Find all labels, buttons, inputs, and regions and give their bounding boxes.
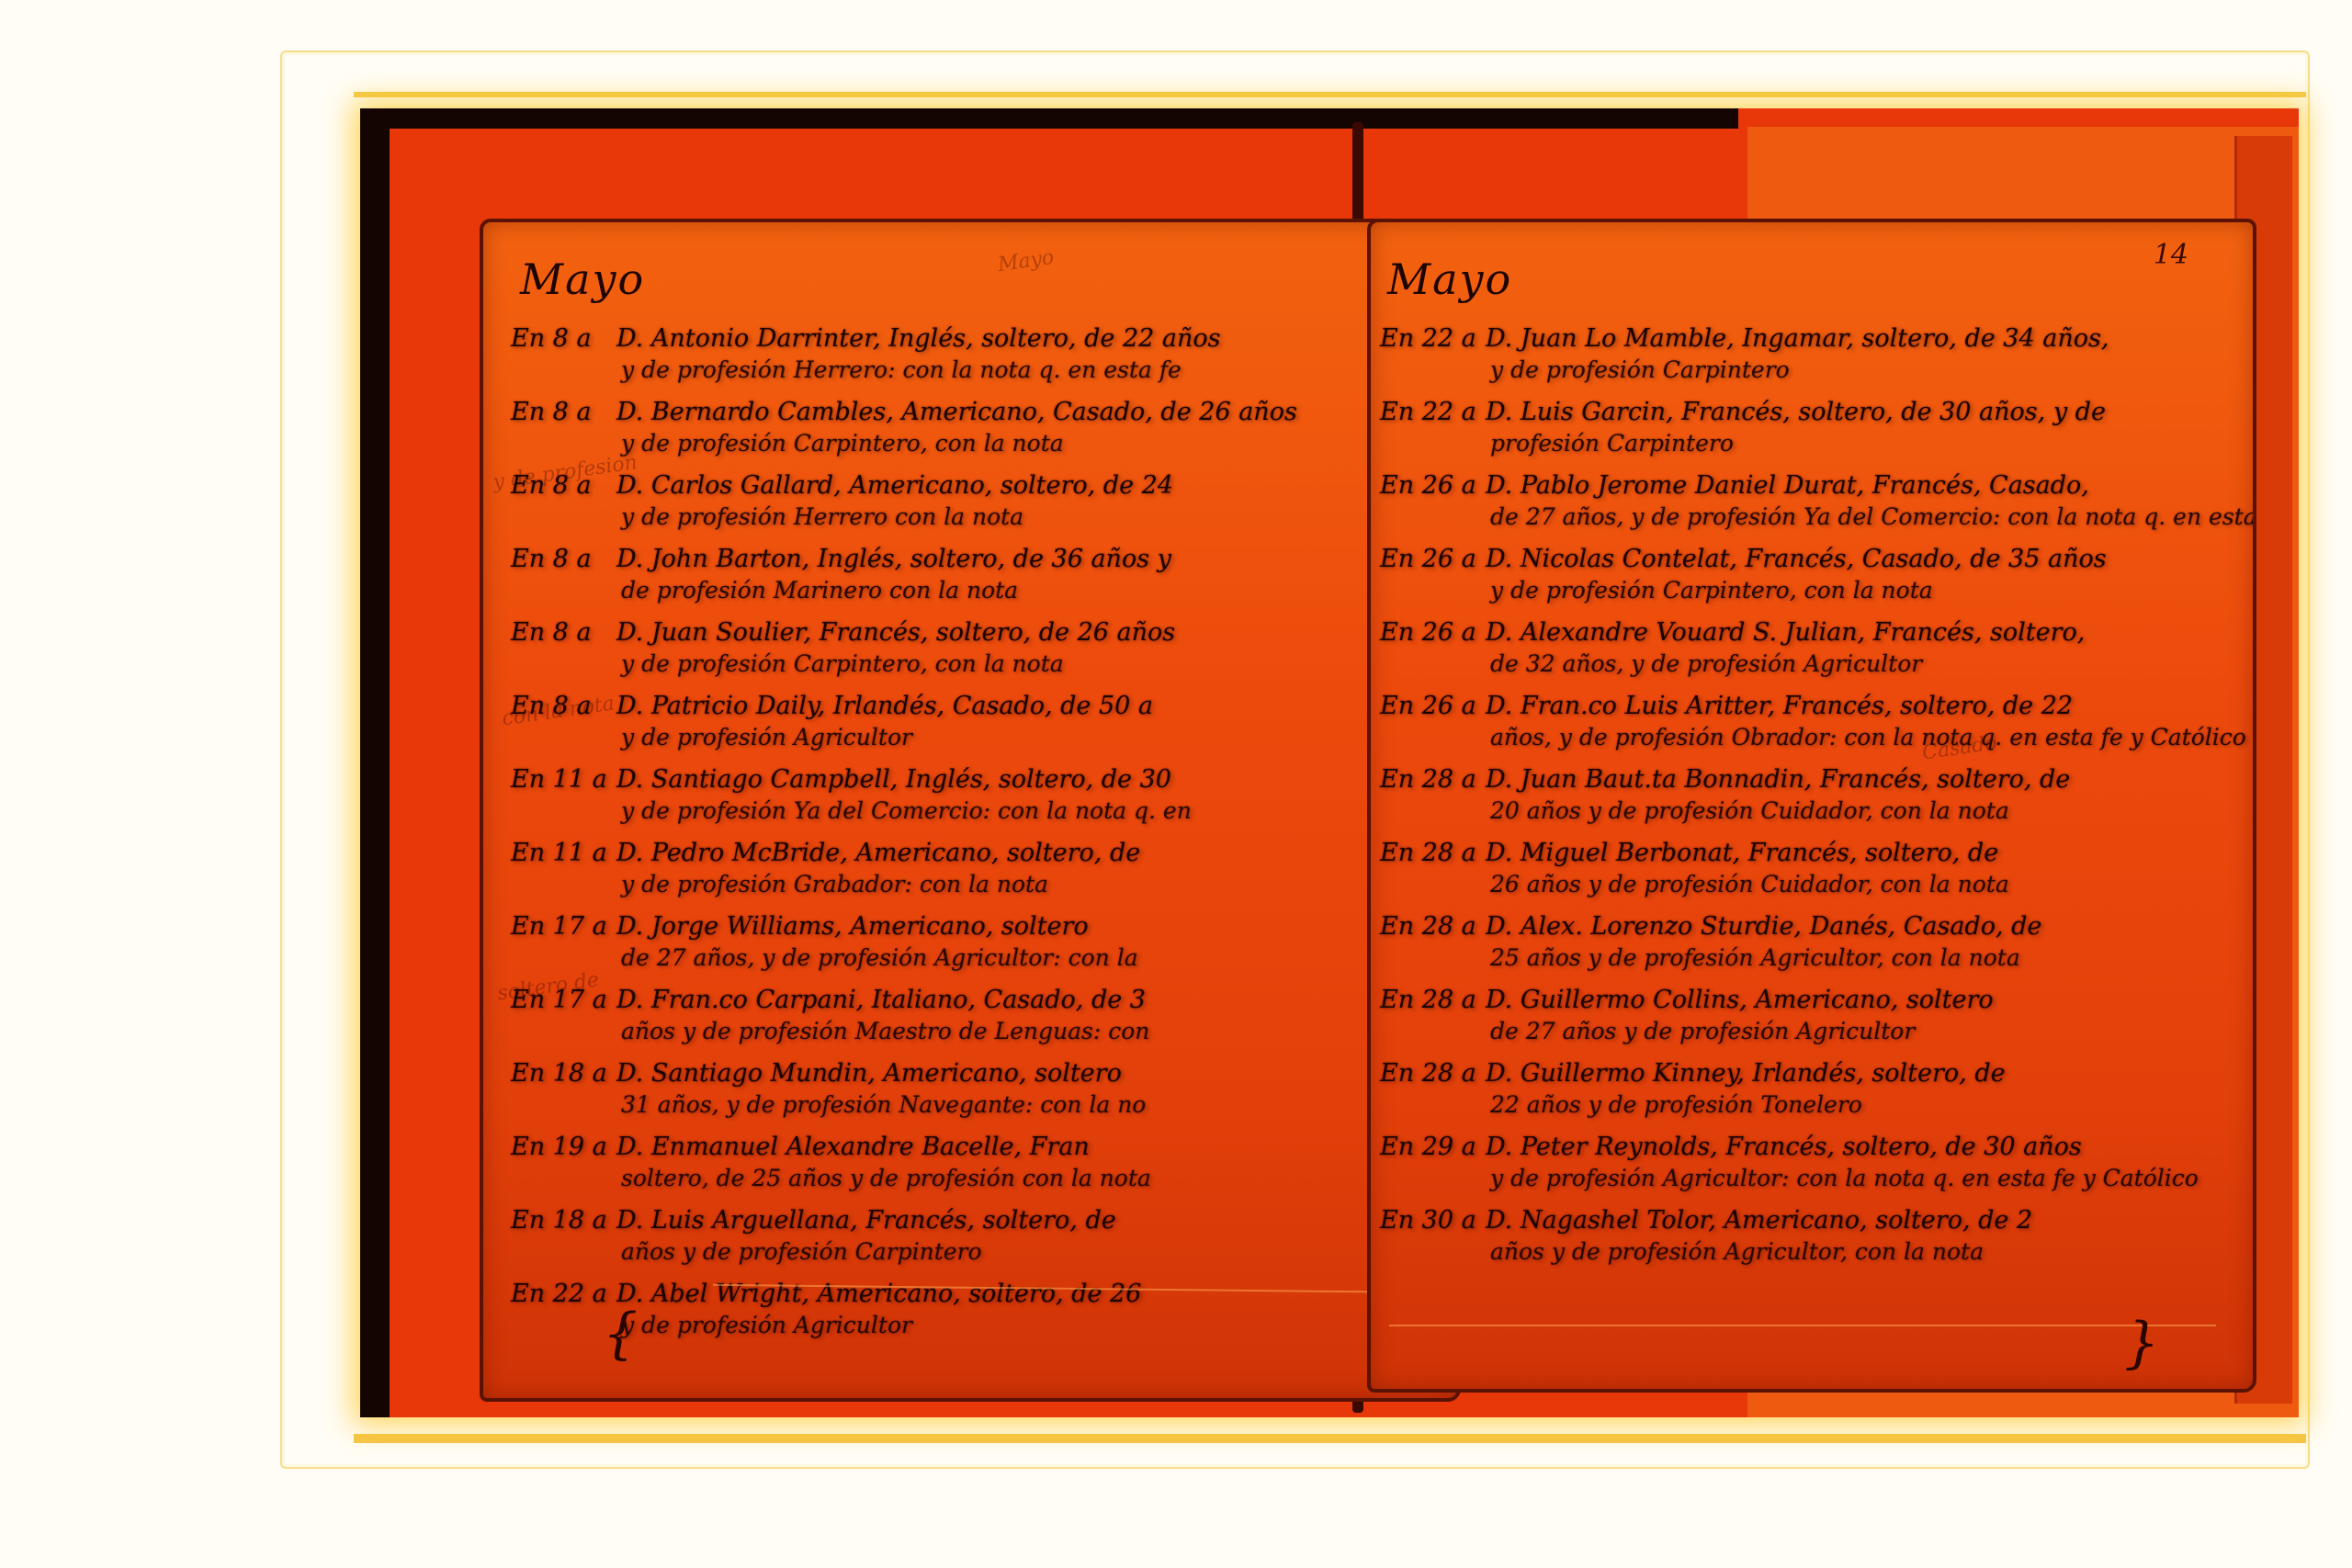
- register-entry: En 18 aD. Luis Arguellana, Francés, solt…: [511, 1205, 1439, 1268]
- register-entry: En 17 aD. Jorge Williams, Americano, sol…: [511, 911, 1439, 974]
- register-entry: En 28 aD. Guillermo Collins, Americano, …: [1380, 985, 2234, 1047]
- margin-bracket-mark: {: [603, 1302, 638, 1366]
- register-entry: En 30 aD. Nagashel Tolor, Americano, sol…: [1380, 1205, 2234, 1268]
- register-entry: En 8 aD. Bernardo Cambles, Americano, Ca…: [511, 397, 1439, 459]
- register-entry: En 19 aD. Enmanuel Alexandre Bacelle, Fr…: [511, 1132, 1439, 1194]
- register-entry: En 28 aD. Juan Baut.ta Bonnadin, Francés…: [1380, 764, 2234, 827]
- register-entry: En 8 aD. Carlos Gallard, Americano, solt…: [511, 470, 1439, 533]
- register-entry: En 8 aD. Antonio Darrinter, Inglés, solt…: [511, 323, 1439, 386]
- register-entry: En 29 aD. Peter Reynolds, Francés, solte…: [1380, 1132, 2234, 1194]
- register-entry: En 26 aD. Pablo Jerome Daniel Durat, Fra…: [1380, 470, 2234, 533]
- register-entry: En 8 aD. John Barton, Inglés, soltero, d…: [511, 544, 1439, 606]
- right-page: Mayo 14 Casado En 22 aD. Juan Lo Mamble,…: [1367, 219, 2256, 1393]
- register-entry: En 28 aD. Miguel Berbonat, Francés, solt…: [1380, 838, 2234, 900]
- left-page-heading: Mayo: [520, 254, 645, 304]
- register-entry: En 28 aD. Alex. Lorenzo Sturdie, Danés, …: [1380, 911, 2234, 974]
- left-page-entries: En 8 aD. Antonio Darrinter, Inglés, solt…: [511, 323, 1439, 1352]
- sheet-black-edge-top: [360, 108, 1738, 129]
- register-entry: En 28 aD. Guillermo Kinney, Irlandés, so…: [1380, 1058, 2234, 1121]
- register-entry: En 17 aD. Fran.co Carpani, Italiano, Cas…: [511, 985, 1439, 1047]
- right-page-entries: En 22 aD. Juan Lo Mamble, Ingamar, solte…: [1380, 323, 2234, 1279]
- register-entry: En 22 aD. Juan Lo Mamble, Ingamar, solte…: [1380, 323, 2234, 386]
- register-entry: En 8 aD. Patricio Daily, Irlandés, Casad…: [511, 691, 1439, 753]
- right-page-heading: Mayo: [1387, 254, 1512, 304]
- register-entry: En 26 aD. Fran.co Luis Aritter, Francés,…: [1380, 691, 2234, 753]
- sheet-black-edge-left: [360, 108, 390, 1417]
- margin-bracket-mark: }: [2124, 1311, 2159, 1375]
- fold-crease: [1389, 1325, 2216, 1326]
- register-entry: En 8 aD. Juan Soulier, Francés, soltero,…: [511, 617, 1439, 680]
- register-entry: En 11 aD. Santiago Campbell, Inglés, sol…: [511, 764, 1439, 827]
- manuscript-sheet: Mayo Mayo y de profesion con la nota sol…: [360, 108, 2299, 1417]
- register-entry: En 18 aD. Santiago Mundin, Americano, so…: [511, 1058, 1439, 1121]
- register-entry: En 26 aD. Nicolas Contelat, Francés, Cas…: [1380, 544, 2234, 606]
- folio-number: 14: [2154, 239, 2188, 271]
- register-entry: En 11 aD. Pedro McBride, Americano, solt…: [511, 838, 1439, 900]
- register-entry: En 22 aD. Luis Garcin, Francés, soltero,…: [1380, 397, 2234, 459]
- left-page: Mayo Mayo y de profesion con la nota sol…: [480, 219, 1461, 1402]
- register-entry: En 26 aD. Alexandre Vouard S. Julian, Fr…: [1380, 617, 2234, 680]
- bleed-through-mark: Mayo: [997, 246, 1056, 276]
